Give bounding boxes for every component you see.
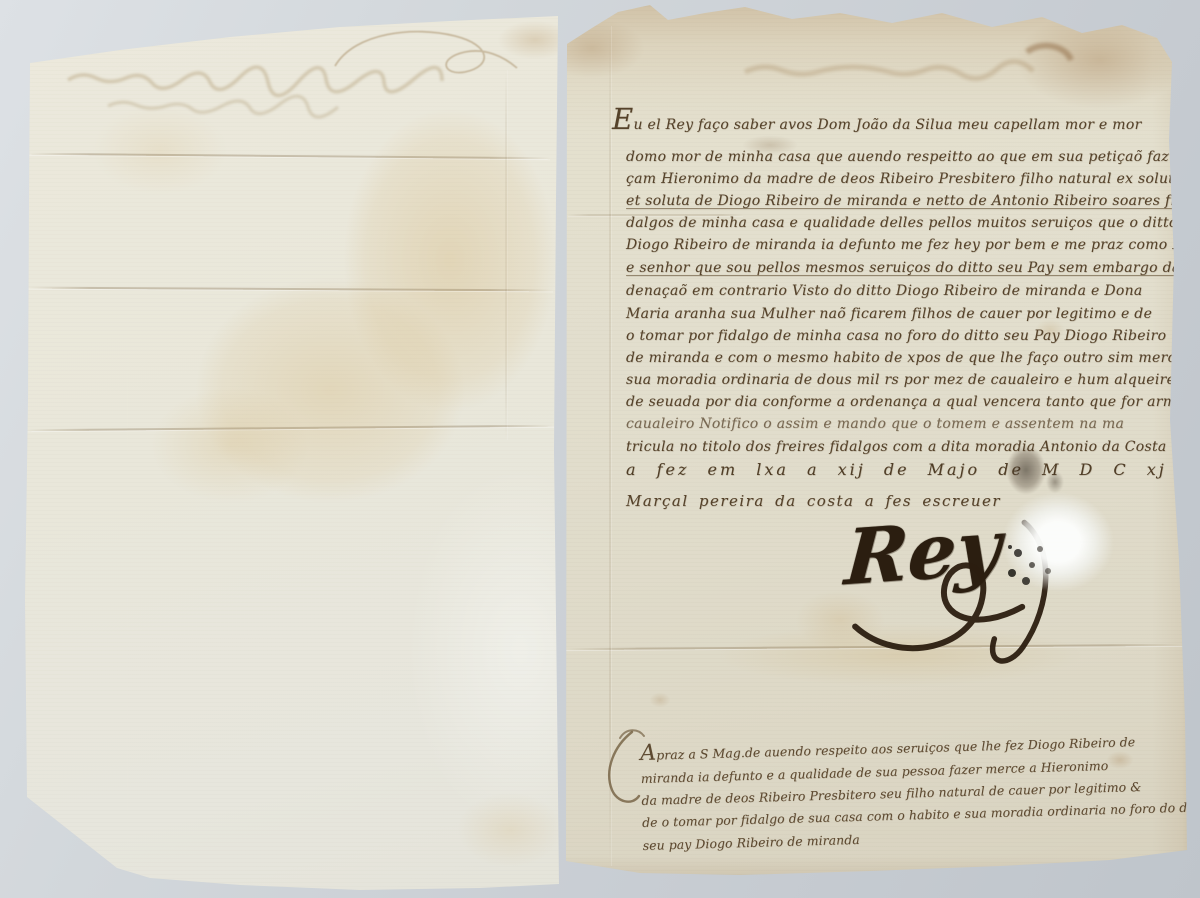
manuscript-line: o tomar por fidalgo de minha casa no for… [626, 329, 1166, 343]
manuscript-line: sua moradia ordinaria de dous mil rs por… [626, 373, 1175, 387]
docket-block: Apraz a S Mag.de auendo respeito aos ser… [640, 733, 1191, 873]
manuscript-line: domo mor de minha casa que auendo respei… [626, 150, 1200, 164]
docket-line: Apraz a S Mag.de auendo respeito aos ser… [640, 736, 1135, 762]
ink-blotch [1002, 440, 1050, 500]
manuscript-line: de seuada por dia conforme a ordenança a… [626, 395, 1200, 409]
scribe-line: Marçal pereira da costa a fes escreuer [626, 494, 1001, 509]
manuscript-line: Eu el Rey faço saber avos Dom João da Si… [612, 118, 1142, 132]
docket-line: da madre de deos Ribeiro Presbitero seu … [641, 781, 1141, 807]
manuscript-line: de miranda e com o mesmo habito de xpos … [626, 351, 1200, 365]
manuscript-line: çam Hieronimo da madre de deos Ribeiro P… [626, 172, 1183, 186]
fold-crease [566, 644, 1184, 650]
manuscript-line: caualeiro Notifico o assim e mando que o… [626, 417, 1124, 431]
fold-crease [28, 153, 550, 160]
left-page [0, 0, 1200, 898]
manuscript-line: Diogo Ribeiro de miranda ia defunto me f… [626, 238, 1200, 252]
ghost-text-showthrough [60, 62, 490, 128]
fold-crease [26, 425, 554, 432]
right-page: Eu el Rey faço saber avos Dom João da Si… [0, 0, 1200, 898]
manuscript-line: Maria aranha sua Mulher naõ ficarem filh… [626, 307, 1152, 321]
fold-crease [568, 214, 743, 216]
manuscript-line: e senhor que sou pellos mesmos seruiços … [626, 261, 1200, 275]
royal-signature: Rey [827, 492, 1069, 693]
manuscript-photo: Eu el Rey faço saber avos Dom João da Si… [0, 0, 1200, 898]
manuscript-date-line: a fez em lxa a xij de Majo de M D C xj [626, 462, 1167, 478]
docket-line: seu pay Diogo Ribeiro de miranda [643, 834, 860, 852]
manuscript-line: tricula no titolo dos freires fidalgos c… [626, 440, 1167, 454]
fold-crease [27, 287, 553, 292]
pencil-flourish [325, 22, 525, 82]
ink-showthrough [735, 36, 1135, 94]
fold-crease [505, 70, 507, 440]
signature-text: Rey [842, 502, 1004, 603]
manuscript-line: dalgos de minha casa e qualidade delles … [626, 216, 1178, 230]
paraph-flourish [592, 726, 652, 810]
docket-line: de o tomar por fidalgo de sua casa com o… [642, 801, 1200, 829]
ink-specks [1008, 545, 1012, 549]
fold-crease [609, 26, 611, 866]
signature-flourish [827, 492, 1069, 693]
manuscript-line: et soluta de Diogo Ribeiro de miranda e … [626, 194, 1175, 208]
main-text-block: Eu el Rey faço saber avos Dom João da Si… [612, 110, 1164, 540]
manuscript-line: denaçaõ em contrario Visto do ditto Diog… [626, 284, 1143, 298]
docket-line: miranda ia defunto e a qualidade de sua … [641, 760, 1109, 785]
seal-residue-patch [1002, 492, 1114, 592]
